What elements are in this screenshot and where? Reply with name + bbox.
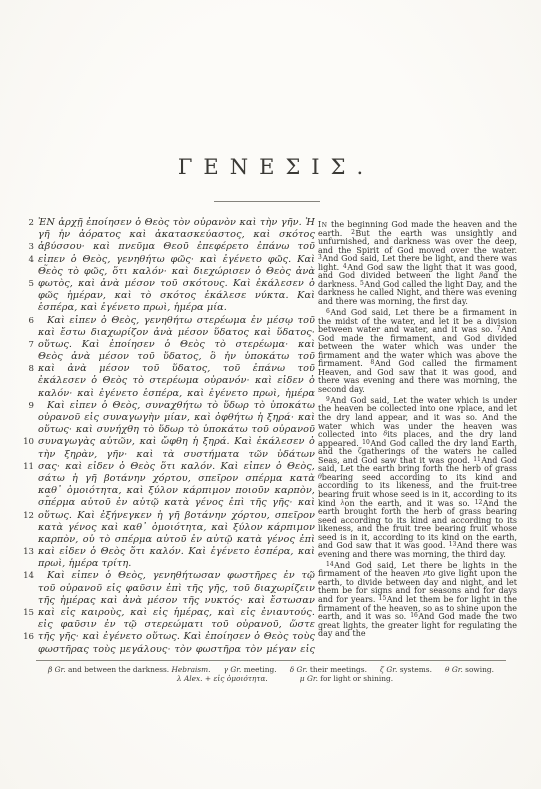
greek-line-text: σας· καὶ εἶδεν ὁ Θεὸς ὅτι καλόν. Καὶ εἶπ… xyxy=(38,461,315,473)
verse-number: 4 xyxy=(343,263,347,270)
greek-line: τῆς ἡμέρας καὶ ἀνὰ μέσον τῆς νυκτός· καὶ… xyxy=(20,595,315,607)
greek-line-text: οὕτως. Καὶ ἐξήνεγκεν ἡ γῆ βοτάνην χόρτου… xyxy=(38,510,315,522)
footnote-item: μ Gr. for light or shining. xyxy=(300,674,393,683)
greek-line: Θεὸς ἀνὰ μέσον τοῦ ὕδατος, ὃ ἦν ὑποκάτω … xyxy=(20,351,315,363)
greek-verse-number xyxy=(20,534,38,546)
verse-number: 11 xyxy=(473,456,481,463)
greek-line: καρπὸν, οὗ τὸ σπέρμα αὐτοῦ ἐν αὐτῷ κατὰ … xyxy=(20,534,315,546)
verse-number: 9 xyxy=(326,396,330,403)
greek-line-text: οὕτως. Καὶ ἐποίησεν ὁ Θεὸς τὸ στερέωμα· … xyxy=(38,339,315,351)
verse-number: 8 xyxy=(370,359,374,366)
footnote-item: γ Gr. meeting. xyxy=(224,665,277,674)
verse-number: 7 xyxy=(497,325,501,332)
footnote-marker: θ xyxy=(318,473,322,480)
footnote-text: their meetings. xyxy=(308,665,367,674)
greek-line-text: καὶ εἶδεν ὁ Θεὸς ὅτι καλόν. Καὶ ἐγένετο … xyxy=(38,546,315,558)
greek-line: καθ᾽ ὁμοιότητα, καὶ ξύλον κάρπιμον ποιοῦ… xyxy=(20,485,315,497)
greek-verse-number xyxy=(20,522,38,534)
greek-line: 7οὕτως. Καὶ ἐποίησεν ὁ Θεὸς τὸ στερέωμα·… xyxy=(20,339,315,351)
footnote-marker: δ xyxy=(290,665,297,674)
greek-line-text: ἐκάλεσεν ὁ Θεὸς τὸ στερέωμα οὐρανόν· καὶ… xyxy=(38,375,315,387)
greek-line: 5φωτὸς, καὶ ἀνὰ μέσον τοῦ σκότους. Καὶ ἐ… xyxy=(20,278,315,290)
greek-line-text: ἘΝ ἀρχῇ ἐποίησεν ὁ Θεὸς τὸν οὐρανὸν καὶ … xyxy=(38,217,315,229)
greek-verse-number: 15 xyxy=(20,607,38,619)
greek-line-text: καὶ ἔστω διαχωρίζον ἀνὰ μέσον ὕδατος καὶ… xyxy=(38,327,315,339)
english-paragraph: 6And God said, Let there be a firmament … xyxy=(318,309,517,394)
footnotes-row1: β Gr. and between the darkness. Hebraism… xyxy=(36,665,506,674)
greek-line-text: καλόν· καὶ ἐγένετο ἑσπέρα, καὶ ἐγένετο π… xyxy=(38,388,315,400)
greek-line: τὴν ξηρὰν, γῆν· καὶ τὰ συστήματα τῶν ὑδά… xyxy=(20,449,315,461)
greek-line: 13καὶ εἶδεν ὁ Θεὸς ὅτι καλόν. Καὶ ἐγένετ… xyxy=(20,546,315,558)
greek-line: σάτω ἡ γῆ βοτάνην χόρτου, σπεῖρον σπέρμα… xyxy=(20,473,315,485)
footnote-item: λ Alex. + εἰς ὁμοιότητα. xyxy=(177,674,268,683)
greek-line-text: Καὶ εἶπεν ὁ Θεὸς, γενηθήτωσαν φωστῆρες ἐ… xyxy=(38,570,315,582)
greek-verse-number xyxy=(20,388,38,400)
greek-line-text: ἑσπέρα, καὶ ἐγένετο πρωὶ, ἡμέρα μία. xyxy=(38,302,315,314)
greek-verse-number xyxy=(20,644,38,656)
footnote-text: Gr. xyxy=(307,674,318,683)
greek-line: 6Καὶ εἶπεν ὁ Θεὸς, γενηθήτω στερέωμα ἐν … xyxy=(20,315,315,327)
greek-line: ἐκάλεσεν ὁ Θεὸς τὸ στερέωμα οὐρανόν· καὶ… xyxy=(20,375,315,387)
greek-verse-number: 6 xyxy=(20,315,38,327)
footnote-marker: β xyxy=(48,665,55,674)
greek-verse-number xyxy=(20,449,38,461)
greek-verse-number xyxy=(20,290,38,302)
greek-line: 8καὶ ἀνὰ μέσον τοῦ ὕδατος, τοῦ ἐπάνω τοῦ… xyxy=(20,363,315,375)
greek-line: 16τῆς γῆς· καὶ ἐγένετο οὕτως. Καὶ ἐποίησ… xyxy=(20,631,315,643)
greek-line-text: Θεὸς ἀνὰ μέσον τοῦ ὕδατος, ὃ ἦν ὑποκάτω … xyxy=(38,351,315,363)
book-page: ΓΕΝΕΣΙΣ. 2ἘΝ ἀρχῇ ἐποίησεν ὁ Θεὸς τὸν οὐ… xyxy=(0,0,541,789)
footnote-text: for light or shining. xyxy=(318,674,393,683)
greek-line: 9Καὶ εἶπεν ὁ Θεὸς, συναχθήτω τὸ ὕδωρ τὸ … xyxy=(20,400,315,412)
greek-verse-number xyxy=(20,558,38,570)
greek-line: καὶ ἔστω διαχωρίζον ἀνὰ μέσον ὕδατος καὶ… xyxy=(20,327,315,339)
footnotes-row2: λ Alex. + εἰς ὁμοιότητα.μ Gr. for light … xyxy=(64,674,506,683)
greek-line: σπέρμα αὐτοῦ ἐν αὐτῷ κατὰ γένος ἐπὶ τῆς … xyxy=(20,497,315,509)
greek-line-text: εἶπεν ὁ Θεὸς, γενηθήτω φῶς· καὶ ἐγένετο … xyxy=(38,254,315,266)
greek-verse-number: 13 xyxy=(20,546,38,558)
verse-number: 14 xyxy=(326,561,334,568)
greek-verse-number xyxy=(20,424,38,436)
footnote-text: Gr. xyxy=(386,665,397,674)
verse-number: 5 xyxy=(360,280,364,287)
footnote-item: ζ Gr. systems. xyxy=(380,665,432,674)
greek-line-text: τὴν ξηρὰν, γῆν· καὶ τὰ συστήματα τῶν ὑδά… xyxy=(38,449,315,461)
verse-number: 2 xyxy=(351,229,355,236)
greek-line-text: φωστῆρας τοὺς μεγάλους· τὸν φωστῆρα τὸν … xyxy=(38,644,315,656)
english-paragraph: 14And God said, Let there be lights in t… xyxy=(318,562,517,639)
greek-line-text: πρωὶ, ἡμέρα τρίτη. xyxy=(38,558,315,570)
greek-line: πρωὶ, ἡμέρα τρίτη. xyxy=(20,558,315,570)
greek-verse-number: 9 xyxy=(20,400,38,412)
footnote-marker: γ xyxy=(457,405,461,412)
footnote-text: εἰς ὁμοιότητα. xyxy=(213,674,267,683)
verse-number: 6 xyxy=(326,308,330,315)
footnote-text: meeting. xyxy=(241,665,276,674)
english-column: In the beginning God made the heaven and… xyxy=(318,221,517,641)
greek-verse-number xyxy=(20,327,38,339)
title-rule xyxy=(214,201,320,202)
greek-verse-number xyxy=(20,266,38,278)
greek-line-text: τῆς ἡμέρας καὶ ἀνὰ μέσον τῆς νυκτός· καὶ… xyxy=(38,595,315,607)
greek-line-text: οὕτως· καὶ συνήχθη τὸ ὕδωρ τὸ ὑποκάτω το… xyxy=(38,424,315,436)
greek-verse-number: 5 xyxy=(20,278,38,290)
greek-verse-number xyxy=(20,583,38,595)
footnote-marker: λ xyxy=(341,499,345,506)
greek-verse-number xyxy=(20,473,38,485)
greek-verse-number xyxy=(20,595,38,607)
greek-line-text: φωτὸς, καὶ ἀνὰ μέσον τοῦ σκότους. Καὶ ἐκ… xyxy=(38,278,315,290)
greek-verse-number: 16 xyxy=(20,631,38,643)
greek-verse-number xyxy=(20,375,38,387)
greek-line: εἰς φαῦσιν ἐν τῷ στερεώματι τοῦ οὐρανοῦ,… xyxy=(20,619,315,631)
greek-verse-number xyxy=(20,229,38,241)
greek-verse-number: 7 xyxy=(20,339,38,351)
verse-number: 15 xyxy=(379,595,387,602)
greek-line-text: τοῦ οὐρανοῦ εἰς φαῦσιν ἐπὶ τῆς γῆς, τοῦ … xyxy=(38,583,315,595)
greek-line-text: καθ᾽ ὁμοιότητα, καὶ ξύλον κάρπιμον ποιοῦ… xyxy=(38,485,315,497)
page-title: ΓΕΝΕΣΙΣ. xyxy=(0,155,541,179)
greek-verse-number xyxy=(20,485,38,497)
greek-verse-number: 4 xyxy=(20,254,38,266)
footnote-marker: ζ xyxy=(358,448,361,455)
greek-verse-number: 12 xyxy=(20,510,38,522)
greek-line: 15καὶ εἰς καιροὺς, καὶ εἰς ἡμέρας, καὶ ε… xyxy=(20,607,315,619)
greek-line-text: Καὶ εἶπεν ὁ Θεὸς, συναχθήτω τὸ ὕδωρ τὸ ὑ… xyxy=(38,400,315,412)
footnote-text: Gr. xyxy=(297,665,308,674)
greek-line: 11σας· καὶ εἶδεν ὁ Θεὸς ὅτι καλόν. Καὶ ε… xyxy=(20,461,315,473)
greek-line-text: εἰς φαῦσιν ἐν τῷ στερεώματι τοῦ οὐρανοῦ,… xyxy=(38,619,315,631)
greek-line-text: φῶς ἡμέραν, καὶ τὸ σκότος ἐκάλεσε νύκτα.… xyxy=(38,290,315,302)
greek-line: 3ἀβύσσου· καὶ πνεῦμα Θεοῦ ἐπεφέρετο ἐπάν… xyxy=(20,241,315,253)
footnote-text: Gr. xyxy=(230,665,241,674)
english-paragraph: 9And God said, Let the water which is un… xyxy=(318,397,517,559)
footnote-marker: λ xyxy=(177,674,184,683)
greek-line-text: σάτω ἡ γῆ βοτάνην χόρτου, σπεῖρον σπέρμα… xyxy=(38,473,315,485)
footnote-rule xyxy=(36,660,506,661)
footnotes: β Gr. and between the darkness. Hebraism… xyxy=(36,665,506,683)
greek-line: οὕτως· καὶ συνήχθη τὸ ὕδωρ τὸ ὑποκάτω το… xyxy=(20,424,315,436)
greek-verse-number xyxy=(20,412,38,424)
footnote-marker: μ xyxy=(300,674,307,683)
verse-number: 10 xyxy=(362,439,370,446)
greek-line: 4εἶπεν ὁ Θεὸς, γενηθήτω φῶς· καὶ ἐγένετο… xyxy=(20,254,315,266)
greek-line-text: σπέρμα αὐτοῦ ἐν αὐτῷ κατὰ γένος ἐπὶ τῆς … xyxy=(38,497,315,509)
greek-verse-number xyxy=(20,497,38,509)
footnote-text: sowing. xyxy=(463,665,494,674)
greek-line-text: ἀβύσσου· καὶ πνεῦμα Θεοῦ ἐπεφέρετο ἐπάνω… xyxy=(38,241,315,253)
greek-line: Θεὸς τὸ φῶς, ὅτι καλόν· καὶ διεχώρισεν ὁ… xyxy=(20,266,315,278)
footnote-text: Gr. xyxy=(452,665,463,674)
footnote-marker: δ xyxy=(383,431,387,438)
greek-line: φωστῆρας τοὺς μεγάλους· τὸν φωστῆρα τὸν … xyxy=(20,644,315,656)
greek-line-text: τῆς γῆς· καὶ ἐγένετο οὕτως. Καὶ ἐποίησεν… xyxy=(38,631,315,643)
greek-verse-number: 14 xyxy=(20,570,38,582)
greek-line: κατὰ γένος καὶ καθ᾽ ὁμοιότητα, καὶ ξύλον… xyxy=(20,522,315,534)
greek-verse-number xyxy=(20,302,38,314)
greek-line-text: κατὰ γένος καὶ καθ᾽ ὁμοιότητα, καὶ ξύλον… xyxy=(38,522,315,534)
footnote-marker: μ xyxy=(423,570,427,577)
footnote-text: Gr. xyxy=(55,665,66,674)
footnote-text: and between the darkness. xyxy=(66,665,172,674)
footnote-item: β Gr. and between the darkness. Hebraism… xyxy=(48,665,211,674)
footnote-marker: θ xyxy=(445,665,452,674)
greek-line-text: συναγωγὰς αὐτῶν, καὶ ὤφθη ἡ ξηρά. Καὶ ἐκ… xyxy=(38,436,315,448)
greek-verse-number: 8 xyxy=(20,363,38,375)
greek-line-text: καὶ ἀνὰ μέσον τοῦ ὕδατος, τοῦ ἐπάνω τοῦ … xyxy=(38,363,315,375)
greek-line: οὐρανοῦ εἰς συναγωγὴν μίαν, καὶ ὀφθήτω ἡ… xyxy=(20,412,315,424)
greek-line: καλόν· καὶ ἐγένετο ἑσπέρα, καὶ ἐγένετο π… xyxy=(20,388,315,400)
greek-line-text: Θεὸς τὸ φῶς, ὅτι καλόν· καὶ διεχώρισεν ὁ… xyxy=(38,266,315,278)
greek-verse-number: 10 xyxy=(20,436,38,448)
greek-line: γῆ ἦν ἀόρατος καὶ ἀκατασκεύαστος, καὶ σκ… xyxy=(20,229,315,241)
greek-line-text: οὐρανοῦ εἰς συναγωγὴν μίαν, καὶ ὀφθήτω ἡ… xyxy=(38,412,315,424)
greek-line: 14Καὶ εἶπεν ὁ Θεὸς, γενηθήτωσαν φωστῆρες… xyxy=(20,570,315,582)
footnote-marker: β xyxy=(480,272,484,279)
greek-line-text: Καὶ εἶπεν ὁ Θεὸς, γενηθήτω στερέωμα ἐν μ… xyxy=(38,315,315,327)
greek-verse-number xyxy=(20,619,38,631)
greek-line-text: γῆ ἦν ἀόρατος καὶ ἀκατασκεύαστος, καὶ σκ… xyxy=(38,229,315,241)
greek-line: 12οὕτως. Καὶ ἐξήνεγκεν ἡ γῆ βοτάνην χόρτ… xyxy=(20,510,315,522)
greek-line: 2ἘΝ ἀρχῇ ἐποίησεν ὁ Θεὸς τὸν οὐρανὸν καὶ… xyxy=(20,217,315,229)
english-paragraph: In the beginning God made the heaven and… xyxy=(318,221,517,306)
greek-line: φῶς ἡμέραν, καὶ τὸ σκότος ἐκάλεσε νύκτα.… xyxy=(20,290,315,302)
footnote-text: Hebraism. xyxy=(171,665,210,674)
verse-number: 12 xyxy=(475,499,483,506)
greek-verse-number xyxy=(20,351,38,363)
footnote-text: + xyxy=(203,674,214,683)
greek-line: ἑσπέρα, καὶ ἐγένετο πρωὶ, ἡμέρα μία. xyxy=(20,302,315,314)
greek-verse-number: 11 xyxy=(20,461,38,473)
greek-line-text: καὶ εἰς καιροὺς, καὶ εἰς ἡμέρας, καὶ εἰς… xyxy=(38,607,315,619)
verse-number: 3 xyxy=(318,254,322,261)
greek-verse-number: 2 xyxy=(20,217,38,229)
footnote-text: Alex. xyxy=(184,674,203,683)
opening-word: In xyxy=(318,220,328,229)
footnote-item: θ Gr. sowing. xyxy=(445,665,494,674)
greek-verse-number: 3 xyxy=(20,241,38,253)
verse-number: 16 xyxy=(410,612,418,619)
greek-line-text: καρπὸν, οὗ τὸ σπέρμα αὐτοῦ ἐν αὐτῷ κατὰ … xyxy=(38,534,315,546)
footnote-text: systems. xyxy=(397,665,432,674)
greek-line: 10συναγωγὰς αὐτῶν, καὶ ὤφθη ἡ ξηρά. Καὶ … xyxy=(20,436,315,448)
footnote-item: δ Gr. their meetings. xyxy=(290,665,367,674)
verse-number: 13 xyxy=(449,541,457,548)
greek-column: 2ἘΝ ἀρχῇ ἐποίησεν ὁ Θεὸς τὸν οὐρανὸν καὶ… xyxy=(20,217,315,656)
greek-line: τοῦ οὐρανοῦ εἰς φαῦσιν ἐπὶ τῆς γῆς, τοῦ … xyxy=(20,583,315,595)
